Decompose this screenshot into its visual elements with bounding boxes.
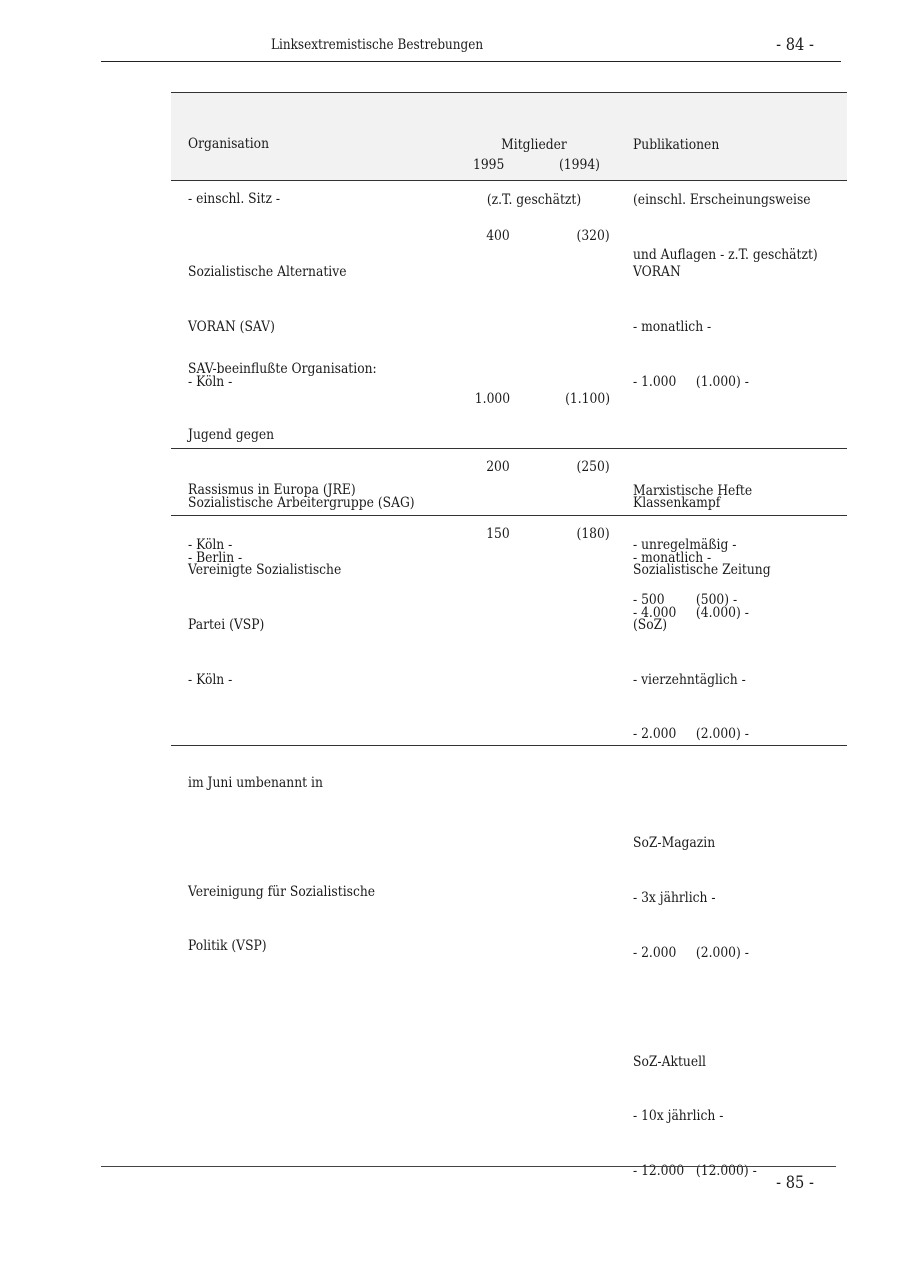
- page-number-bottom: - 85 -: [776, 1173, 814, 1193]
- members-1995: 150: [486, 525, 510, 543]
- sub-members-1995: 1.000: [475, 390, 510, 408]
- page-number-top: - 84 -: [776, 35, 814, 55]
- rename-note: im Juni umbenannt in: [188, 774, 375, 792]
- col-year-1994: (1994): [559, 156, 600, 174]
- col-year-1995: 1995: [473, 156, 504, 174]
- members-1994: (250): [577, 458, 610, 476]
- members-1994: (180): [577, 525, 610, 543]
- organisations-table: Organisation - einschl. Sitz - Mitgliede…: [171, 92, 847, 746]
- table-row: Vereinigte Sozialistische Partei (VSP) -…: [171, 516, 847, 746]
- organisation-name: Vereinigte Sozialistische Partei (VSP) -…: [188, 525, 375, 992]
- members-1994: (320): [577, 227, 610, 245]
- table-header: Organisation - einschl. Sitz - Mitgliede…: [171, 92, 847, 181]
- publications-list: Sozialistische Zeitung (SoZ) - vierzehnt…: [633, 525, 771, 1217]
- running-title: Linksextremistische Bestrebungen: [271, 37, 483, 53]
- table-row: Sozialistische Alternative VORAN (SAV) -…: [171, 181, 847, 449]
- table-row: Sozialistische Arbeitergruppe (SAG) - Be…: [171, 449, 847, 516]
- members-1995: 200: [486, 458, 510, 476]
- page-header: Linksextremistische Bestrebungen - 84 -: [101, 30, 841, 62]
- influenced-organisation-label: SAV-beeinflußte Organisation:: [188, 360, 377, 378]
- sub-members-1994: (1.100): [565, 390, 610, 408]
- page-footer: - 85 -: [101, 1166, 836, 1167]
- members-1995: 400: [486, 227, 510, 245]
